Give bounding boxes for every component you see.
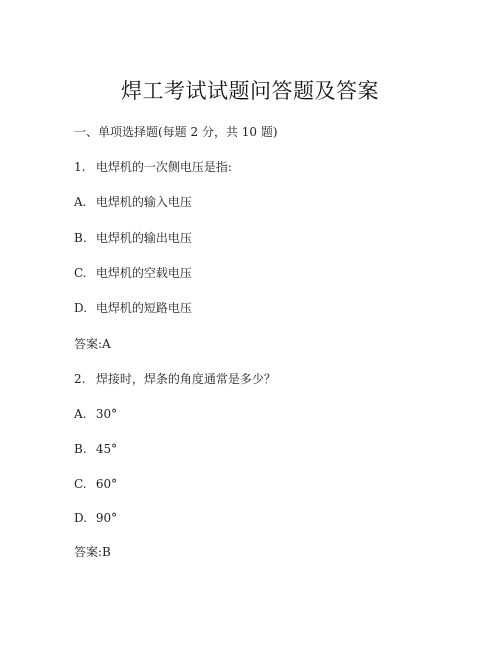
q1-answer: 答案:A — [74, 336, 111, 352]
option-text: 45° — [96, 442, 117, 456]
option-text: 90° — [96, 511, 117, 525]
question-text: 焊接时，焊条的角度通常是多少？ — [96, 372, 276, 386]
q2-option-c: C. 60° — [74, 476, 117, 492]
q1-option-b: B. 电焊机的输出电压 — [74, 230, 192, 246]
option-letter: B. — [74, 441, 92, 457]
q1-option-a: A. 电焊机的输入电压 — [74, 194, 192, 210]
document-page: 焊工考试试题问答题及答案 一、单项选择题(每题 2 分，共 10 题) 1. 电… — [0, 0, 500, 647]
option-letter: D. — [74, 300, 92, 316]
option-letter: C. — [74, 265, 92, 281]
q2-option-a: A. 30° — [74, 406, 117, 422]
option-text: 30° — [96, 407, 117, 421]
option-letter: A. — [74, 406, 92, 422]
option-letter: D. — [74, 510, 92, 526]
q2-option-b: B. 45° — [74, 441, 117, 457]
question-text: 电焊机的一次侧电压是指: — [96, 160, 232, 174]
q2-option-d: D. 90° — [74, 510, 117, 526]
option-text: 电焊机的短路电压 — [96, 301, 192, 315]
option-text: 电焊机的输出电压 — [96, 231, 192, 245]
question-number: 1. — [74, 159, 92, 175]
option-text: 60° — [96, 477, 117, 491]
question-2: 2. 焊接时，焊条的角度通常是多少？ — [74, 371, 276, 387]
question-1: 1. 电焊机的一次侧电压是指: — [74, 159, 232, 175]
document-title: 焊工考试试题问答题及答案 — [0, 77, 500, 105]
q1-option-c: C. 电焊机的空载电压 — [74, 265, 192, 281]
option-letter: A. — [74, 194, 92, 210]
option-text: 电焊机的空载电压 — [96, 266, 192, 280]
option-text: 电焊机的输入电压 — [96, 195, 192, 209]
q1-option-d: D. 电焊机的短路电压 — [74, 300, 192, 316]
section-heading: 一、单项选择题(每题 2 分，共 10 题) — [74, 124, 278, 140]
question-number: 2. — [74, 371, 92, 387]
option-letter: C. — [74, 476, 92, 492]
q2-answer: 答案:B — [74, 544, 111, 560]
option-letter: B. — [74, 230, 92, 246]
